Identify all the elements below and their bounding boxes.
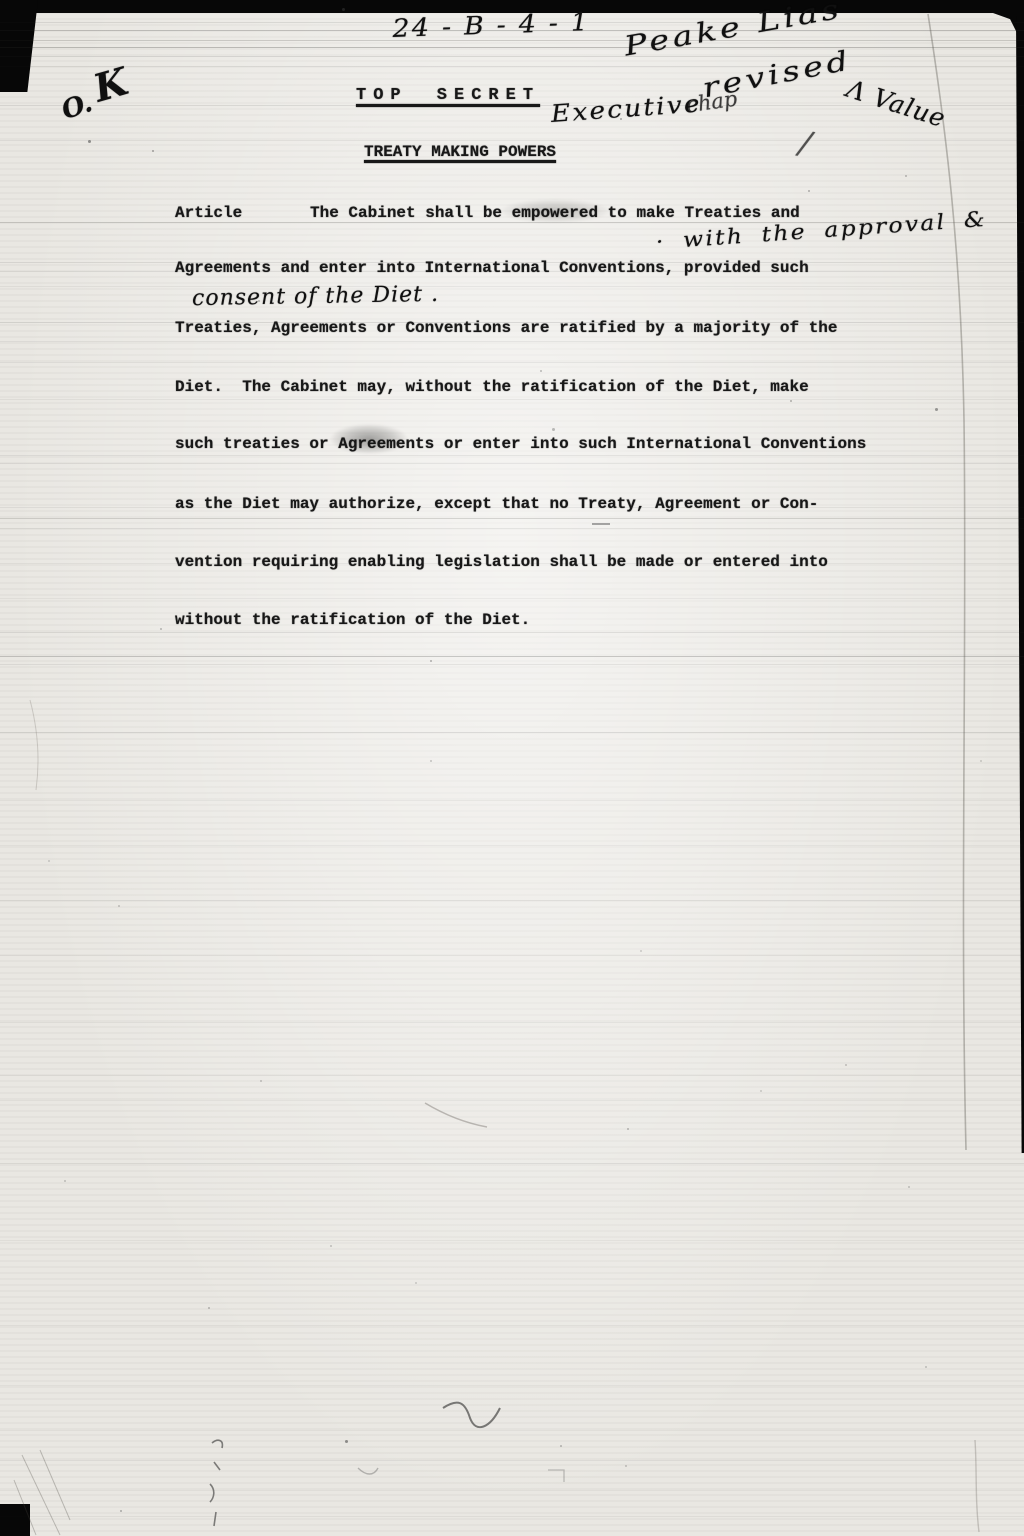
- handwritten-slash-mark: /: [797, 123, 814, 162]
- body-line-7: vention requiring enabling legislation s…: [175, 552, 828, 572]
- paper-speck: [980, 760, 982, 762]
- crease-bottom-segment: [975, 1440, 979, 1532]
- scan-streak: [0, 40, 1024, 41]
- scan-streak: [0, 140, 1024, 141]
- body-line-1: The Cabinet shall be empowered to make T…: [310, 203, 800, 223]
- scan-streak: [0, 56, 1024, 57]
- scan-streak: [0, 1240, 1024, 1241]
- body-line-3: Treaties, Agreements or Conventions are …: [175, 318, 838, 338]
- scan-streak: [0, 528, 1024, 529]
- scan-streak: [0, 1325, 1024, 1326]
- body-line-5: such treaties or Agreements or enter int…: [175, 434, 866, 454]
- handwritten-consent-insertion: consent of the Diet .: [192, 282, 439, 311]
- scan-streak: [0, 800, 1024, 801]
- paper-speck: [342, 8, 345, 11]
- paper-speck: [120, 1510, 122, 1512]
- scan-edge-right-strip: [1016, 13, 1024, 1153]
- scan-streak: [0, 1163, 1024, 1164]
- paper-speck: [48, 860, 50, 862]
- paper-speck: [208, 1307, 210, 1309]
- handwritten-ok-mark-k: K: [88, 58, 132, 110]
- paper-speck: [260, 1080, 262, 1082]
- tilde-squiggle-mark: [443, 1403, 500, 1428]
- scan-streak: [0, 455, 1024, 456]
- paper-speck: [540, 370, 542, 372]
- paper-speck: [88, 140, 91, 143]
- paper-speck: [64, 1180, 66, 1182]
- speckle-column-marks: [210, 1440, 222, 1526]
- document-title: TREATY MAKING POWERS: [364, 142, 556, 162]
- paper-speck: [845, 1064, 847, 1066]
- scan-streak: [0, 399, 1024, 400]
- scan-edge-bottom-left: [0, 1504, 30, 1536]
- body-line-6: as the Diet may authorize, except that n…: [175, 494, 818, 514]
- scan-streak: [0, 463, 1024, 464]
- scan-streak: [0, 664, 1024, 665]
- scan-streak: [0, 1100, 1024, 1101]
- paper-speck: [625, 1465, 627, 1467]
- vertical-crease-line: [928, 14, 966, 1150]
- article-label: Article: [175, 203, 242, 223]
- body-line-4: Diet. The Cabinet may, without the ratif…: [175, 377, 809, 397]
- scan-streak: [0, 1490, 1024, 1491]
- scan-streak: [0, 518, 1024, 519]
- handwritten-ok-mark-o: O.: [58, 88, 96, 126]
- paper-speck: [552, 428, 555, 431]
- paper-speck: [345, 1440, 348, 1443]
- scan-streak: [0, 845, 1024, 846]
- paper-speck: [908, 1186, 910, 1188]
- classification-heading: TOP SECRET: [356, 86, 540, 106]
- scan-streak: [0, 286, 1024, 287]
- scan-streak: [0, 732, 1024, 733]
- scan-streak: [0, 341, 1024, 342]
- handwritten-value-note: Λ Value: [843, 74, 950, 133]
- scan-streak: [0, 1430, 1024, 1431]
- scan-streak: [0, 900, 1024, 901]
- paper-speck: [415, 1282, 417, 1284]
- scan-streak: [0, 598, 1024, 599]
- paper-speck: [560, 1445, 562, 1447]
- scan-streak: [0, 1075, 1024, 1076]
- paper-speck: [925, 1366, 927, 1368]
- paper-speck: [640, 950, 642, 952]
- scan-streak: [0, 362, 1024, 363]
- body-line-2: Agreements and enter into International …: [175, 258, 809, 278]
- pencil-arc-mark: [425, 1103, 487, 1127]
- paper-speck: [330, 1245, 332, 1247]
- paper-speck: [808, 190, 810, 192]
- paper-speck: [430, 760, 432, 762]
- paper-speck: [575, 14, 577, 16]
- scan-streak: [0, 1385, 1024, 1386]
- scan-streak: [0, 1022, 1024, 1023]
- scan-streak: [0, 1460, 1024, 1461]
- paper-speck: [152, 150, 154, 152]
- scan-streak: [0, 632, 1024, 633]
- paper-speck: [620, 118, 622, 120]
- paper-speck: [258, 300, 260, 302]
- paper-speck: [790, 400, 792, 402]
- hook-mark: [358, 1468, 378, 1474]
- scan-streak: [0, 955, 1024, 956]
- handwritten-doc-number: 24 - B - 4 - 1: [392, 7, 591, 43]
- paper-speck: [470, 16, 472, 18]
- scan-streak: [0, 656, 1024, 657]
- scan-streak: [0, 47, 1024, 48]
- scan-streak: [0, 1516, 1024, 1517]
- paper-speck: [160, 628, 162, 630]
- paper-speck: [118, 905, 120, 907]
- paper-speck: [905, 175, 907, 177]
- left-margin-arc: [30, 700, 38, 790]
- scan-edge-top-left-wedge: [0, 0, 38, 92]
- scan-streak: [0, 66, 1024, 67]
- body-line-8: without the ratification of the Diet.: [175, 610, 530, 630]
- scanned-document-page: 24 - B - 4 - 1 Peake Lias revised Λ Valu…: [0, 0, 1024, 1536]
- paper-speck: [935, 408, 938, 411]
- bracket-mark: [548, 1470, 564, 1482]
- handwritten-executive-note: Executive: [550, 89, 703, 127]
- paper-speck: [760, 1090, 762, 1092]
- paper-speck: [430, 660, 432, 662]
- paper-speck: [627, 1128, 629, 1130]
